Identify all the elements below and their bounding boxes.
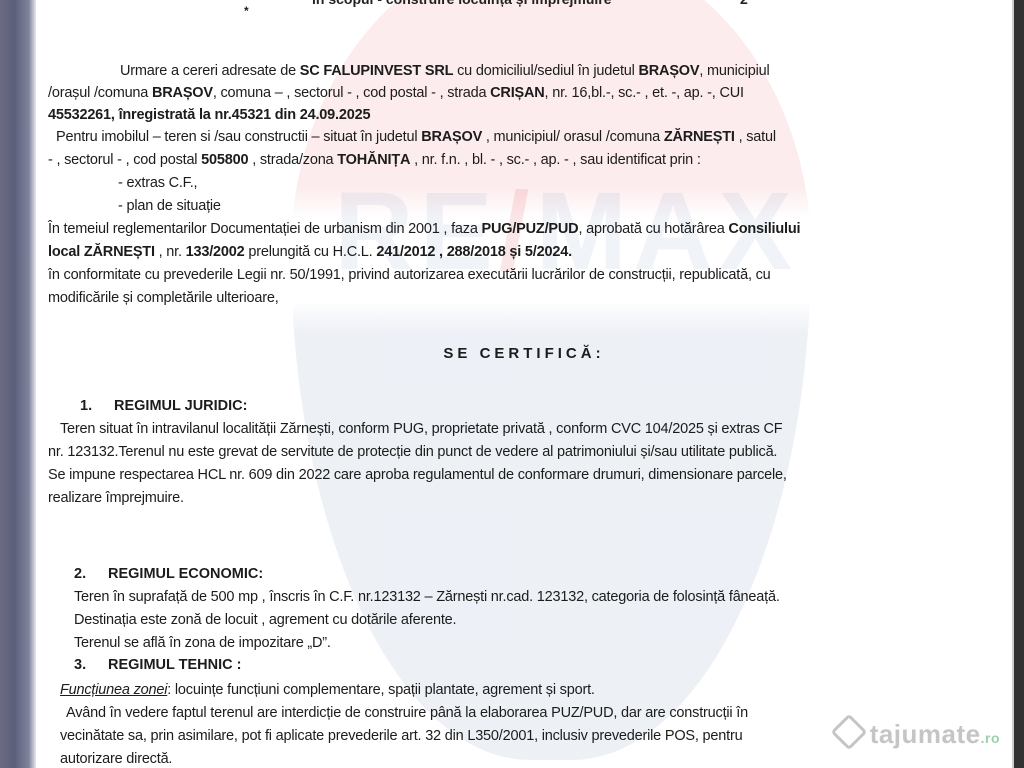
section-3-line: Având în vedere faptul terenul are inter… [66,704,748,722]
section-2-line: Terenul se află în zona de impozitare „D… [74,634,331,652]
intro-line-4: Pentru imobilul – teren si /sau construc… [56,128,776,146]
section-3-line: autorizare directă. [60,750,172,768]
intro-line-10: în conformitate cu prevederile Legii nr.… [48,266,771,284]
intro-line-2: /orașul /comuna BRAȘOV, comuna – , secto… [48,84,744,102]
photo-left-border [0,0,36,768]
section-3-number: 3. [74,657,108,673]
intro-bullet-extras-cf: - extras C.F., [118,174,197,192]
section-2-title: 2.REGIMUL ECONOMIC: [74,566,263,582]
tajumate-logo-icon [830,714,867,751]
intro-bullet-plan-situatie: - plan de situație [118,197,221,215]
intro-line-9: local ZĂRNEȘTI , nr. 133/2002 prelungită… [48,243,572,261]
section-3-title: 3.REGIMUL TEHNIC : [74,657,241,673]
document-page: RE/MAX in scopul - construire locuință ș… [36,0,1012,768]
photo-right-border [1012,0,1024,768]
intro-line-11: modificările și completările ulterioare, [48,289,279,307]
section-1-line: realizare împrejmuire. [48,489,184,507]
section-3-line: vecinătate sa, prin asimilare, pot fi ap… [60,727,742,745]
section-3-functiunea: Funcțiunea zonei: locuințe funcțiuni com… [60,681,595,699]
section-2-line: Destinația este zonă de locuit , agremen… [74,611,456,629]
document-header-partial: in scopul - construire locuință și împre… [312,0,612,7]
section-2-line: Teren în suprafață de 500 mp , înscris î… [74,588,780,606]
intro-line-5: - , sectorul - , cod postal 505800 , str… [48,151,701,169]
intro-line-8: În temeiul reglementarilor Documentației… [48,220,800,238]
header-page-mark: 2 [740,0,748,7]
section-1-line: nr. 123132.Terenul nu este grevat de ser… [48,443,777,461]
section-1-title: 1.REGIMUL JURIDIC: [80,398,247,414]
section-2-number: 2. [74,566,108,582]
tajumate-watermark: tajumate.ro [836,719,1000,750]
section-1-number: 1. [80,398,114,414]
functiunea-zonei-label: Funcțiunea zonei [60,682,167,698]
header-star-mark: * [244,4,249,18]
section-1-line: Se impune respectarea HCL nr. 609 din 20… [48,466,787,484]
se-certifica-title: SE CERTIFICĂ: [36,345,1012,362]
intro-line-3: 45532261, înregistrată la nr.45321 din 2… [48,106,370,124]
section-1-line: Teren situat în intravilanul localității… [60,420,782,438]
intro-line-1: Urmare a cereri adresate de SC FALUPINVE… [120,62,769,80]
